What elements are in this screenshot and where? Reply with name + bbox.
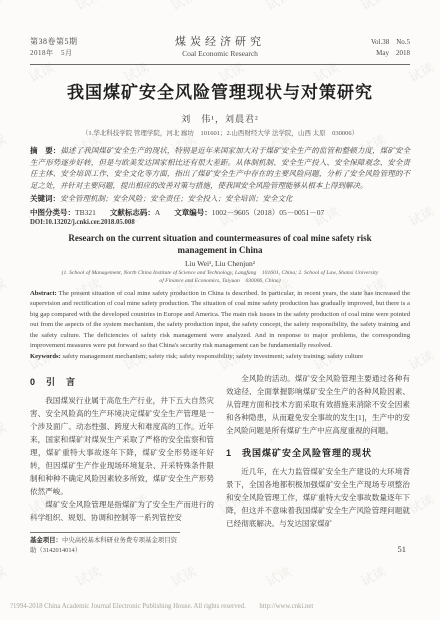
section-0-heading: 0 引 言	[30, 375, 214, 388]
right-paragraph-2: 近几年，在大力监管煤矿安全生产建设的大环境背景下，全国各地都积极加强煤矿安全生产…	[226, 465, 410, 530]
keywords-cn: 关键词：安全管理机制；安全风险；安全责任；安全投入；安全培训；安全文化	[30, 193, 410, 205]
copyright-footer: ?1994-2018 China Academic Journal Electr…	[10, 600, 313, 610]
journal-title-en: Coal Economic Research	[125, 48, 315, 59]
keywords-label-en: Keywords:	[30, 353, 61, 360]
article-title-en: Research on the current situation and co…	[30, 232, 410, 256]
affiliation-en-line1: (1. School of Management, North China In…	[30, 270, 410, 278]
authors-cn: 刘 伟¹，刘晨君²	[30, 112, 410, 125]
right-paragraph-1: 全风险的活动。煤矿安全风险管理主要通过各种有效途径、全面掌握影响煤矿安全生产的各…	[226, 372, 410, 437]
affiliation-en: (1. School of Management, North China In…	[30, 270, 410, 285]
title-en-line2: management in China	[30, 244, 410, 256]
article-title-cn: 我国煤矿安全风险管理现状与对策研究	[30, 78, 410, 103]
abstract-label-en: Abstract:	[30, 290, 57, 297]
abstract-cn: 摘 要：描述了我国煤矿安全生产的现状，特别是近年来国家加大对于煤矿安全生产的监管…	[30, 145, 410, 191]
journal-page: 试读试读试读试读试读试读试读试读试读试读试读试读试读试读试读试读试读试读试读试读…	[0, 0, 440, 620]
abstract-text-en: The present situation of coal mine safet…	[30, 290, 410, 349]
abstract-label-cn: 摘 要：	[30, 146, 60, 155]
abstract-en: Abstract: The present situation of coal …	[30, 289, 410, 351]
doc-code-value: A	[155, 208, 160, 217]
keywords-en: Keywords: safety management mechanism; s…	[30, 352, 410, 362]
affiliation-en-line2: of Finance and Economics, Taiyuan 030006…	[30, 278, 410, 286]
journal-name-block: 煤炭经济研究 Coal Economic Research	[125, 36, 315, 59]
journal-header: 第38卷第5期 2018年 5月 煤炭经济研究 Coal Economic Re…	[30, 36, 410, 65]
doc-code-item: 文献标志码：A	[110, 207, 160, 219]
article-id-value: 1002－9605（2018）05－0051－07	[212, 208, 325, 217]
page-number: 51	[226, 544, 410, 554]
body-columns: 0 引 言 我国煤炭行业属于高危生产行业，井下五大自然灾害、安全风险高的生产环境…	[30, 372, 410, 555]
right-column: 全风险的活动。煤矿安全风险管理主要通过各种有效途径、全面掌握影响煤矿安全生产的各…	[226, 372, 410, 555]
watermark-stamp: 试读	[357, 561, 389, 590]
clc-label: 中图分类号：	[30, 208, 75, 217]
classification-row: 中图分类号：TB321 文献标志码：A 文章编号：1002－9605（2018）…	[30, 207, 410, 219]
journal-title-cn: 煤炭经济研究	[125, 36, 315, 48]
left-paragraph-1: 我国煤炭行业属于高危生产行业，井下五大自然灾害、安全风险高的生产环境决定煤矿安全…	[30, 394, 214, 498]
keywords-text-en: safety management mechanism; safety risk…	[62, 353, 363, 360]
volume-issue-cn: 第38卷第5期	[30, 36, 125, 48]
keywords-label-cn: 关键词：	[30, 194, 60, 203]
clc-item: 中图分类号：TB321	[30, 207, 96, 219]
fund-label: 基金项目：	[30, 537, 62, 544]
doi-line: DOI:10.13202/j.cnki.cer.2018.05.008	[30, 218, 410, 227]
page-content: 第38卷第5期 2018年 5月 煤炭经济研究 Coal Economic Re…	[0, 0, 440, 555]
watermark-stamp: 试读	[72, 561, 104, 590]
clc-value: TB321	[75, 208, 96, 217]
header-vol-block: Vol.38 No.5 May 2018	[315, 37, 410, 59]
date-cn: 2018年 5月	[30, 48, 125, 59]
doc-code-label: 文献标志码：	[110, 208, 155, 217]
authors-en: Liu Wei¹, Liu Chenjun²	[30, 259, 410, 268]
title-en-line1: Research on the current situation and co…	[30, 232, 410, 244]
volume-issue-en: Vol.38 No.5	[315, 37, 410, 48]
left-paragraph-2: 煤矿安全风险管理是指煤矿为了安全生产而进行的科学组织、规划、协调和控制等一系列管…	[30, 498, 214, 524]
watermark-stamp: 试读	[0, 561, 9, 590]
watermark-stamp: 试读	[262, 561, 294, 590]
abstract-text-cn: 描述了我国煤矿安全生产的现状，特别是近年来国家加大对于煤矿安全生产的监管和整顿力…	[30, 146, 410, 190]
article-id-item: 文章编号：1002－9605（2018）05－0051－07	[174, 207, 324, 219]
keywords-text-cn: 安全管理机制；安全风险；安全责任；安全投入；安全培训；安全文化	[60, 194, 293, 203]
date-en: May 2018	[315, 48, 410, 59]
fund-footnote: 基金项目：中央高校基本科研业务费专项基金项目资助（3142014014）	[30, 532, 180, 555]
header-issue-block: 第38卷第5期 2018年 5月	[30, 36, 125, 59]
section-1-heading: 1 我国煤矿安全风险管理的现状	[226, 446, 410, 459]
article-id-label: 文章编号：	[174, 208, 212, 217]
left-column: 0 引 言 我国煤炭行业属于高危生产行业，井下五大自然灾害、安全风险高的生产环境…	[30, 372, 214, 555]
watermark-stamp: 试读	[167, 561, 199, 590]
affiliation-cn: （1.华北科技学院 管理学院，河北 廊坊 101601；2.山西财经大学 法学院…	[30, 128, 410, 137]
